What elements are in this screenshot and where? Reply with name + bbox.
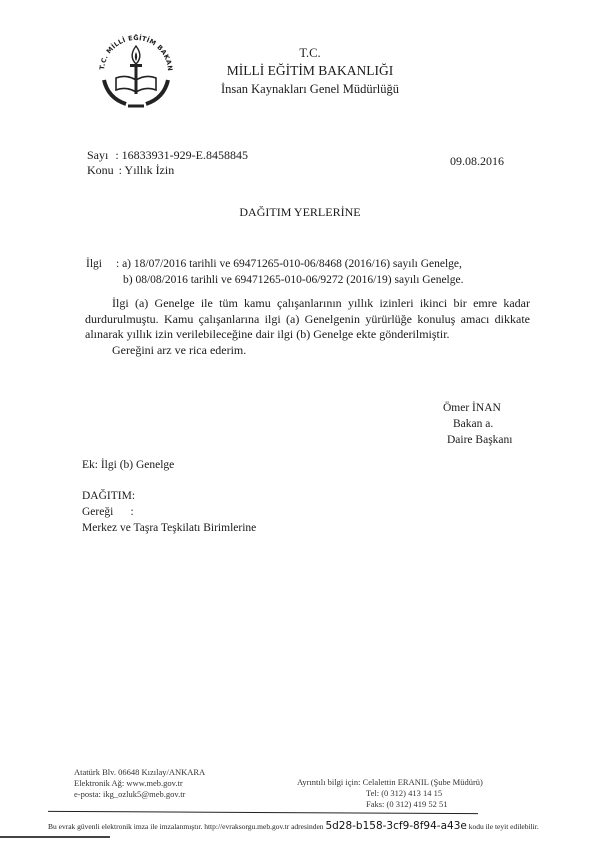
document-date: 09.08.2016 <box>450 154 504 169</box>
sayi-value: : 16833931-929-E.8458845 <box>115 148 248 162</box>
verification-code: 5d28-b158-3cf9-8f94-a43e <box>325 820 466 832</box>
distribution-gereği: Gereği : <box>82 505 134 521</box>
signatory-title-2: Daire Başkanı <box>447 433 512 449</box>
distribution-title: DAĞITIM: <box>82 489 135 505</box>
footer-fax: Faks: (0 312) 419 52 51 <box>366 799 447 810</box>
ilgi-a: : a) 18/07/2016 tarihli ve 69471265-010-… <box>116 256 462 272</box>
footer-contact: Ayrıntılı bilgi için: Celalettin ERANIL … <box>297 777 483 788</box>
footer-web: Elektronik Ağ: www.meb.gov.tr <box>74 778 183 789</box>
body-paragraph-1: İlgi (a) Genelge ile tüm kamu çalışanlar… <box>85 296 530 343</box>
distribution-recipient: Merkez ve Taşra Teşkilatı Birimlerine <box>82 521 256 537</box>
footer-divider-top <box>48 811 478 814</box>
signatory-title-1: Bakan a. <box>453 417 493 433</box>
letterhead-ministry: MİLLİ EĞİTİM BAKANLIĞI <box>210 62 410 80</box>
konu-value: : Yıllık İzin <box>119 163 175 177</box>
letterhead-tc: T.C. <box>210 44 410 62</box>
letterhead: T.C. MİLLİ EĞİTİM BAKANLIĞI İnsan Kaynak… <box>210 44 410 98</box>
verification-prefix: Bu evrak güvenli elektronik imza ile imz… <box>48 822 324 831</box>
ministry-logo-icon: T.C. MİLLİ EĞİTİM BAKANLIĞI <box>92 22 180 114</box>
konu-label: Konu <box>87 163 114 177</box>
verification-suffix: kodu ile teyit edilebilir. <box>469 822 539 831</box>
verification-line: Bu evrak güvenli elektronik imza ile imz… <box>48 820 539 832</box>
letterhead-directorate: İnsan Kaynakları Genel Müdürlüğü <box>210 80 410 98</box>
page-title: DAĞITIM YERLERİNE <box>0 205 600 220</box>
ilgi-b: b) 08/08/2016 tarihli ve 69471265-010-06… <box>123 272 463 288</box>
body-paragraph-2: Gereğini arz ve rica ederim. <box>85 343 530 359</box>
konu-row: Konu : Yıllık İzin <box>87 163 174 178</box>
signatory-name: Ömer İNAN <box>443 401 501 417</box>
footer-address: Atatürk Blv. 06648 Kızılay/ANKARA <box>74 767 205 778</box>
body-text: İlgi (a) Genelge ile tüm kamu çalışanlar… <box>85 296 530 358</box>
sayi-row: Sayı : 16833931-929-E.8458845 <box>87 148 248 163</box>
ilgi-label: İlgi <box>86 256 102 272</box>
sayi-label: Sayı <box>87 148 108 162</box>
footer-tel: Tel: (0 312) 413 14 15 <box>366 788 442 799</box>
attachment: Ek: İlgi (b) Genelge <box>82 458 174 474</box>
footer-email: e-posta: ikg_ozluk5@meb.gov.tr <box>74 789 185 800</box>
footer-divider-bottom <box>0 836 110 838</box>
